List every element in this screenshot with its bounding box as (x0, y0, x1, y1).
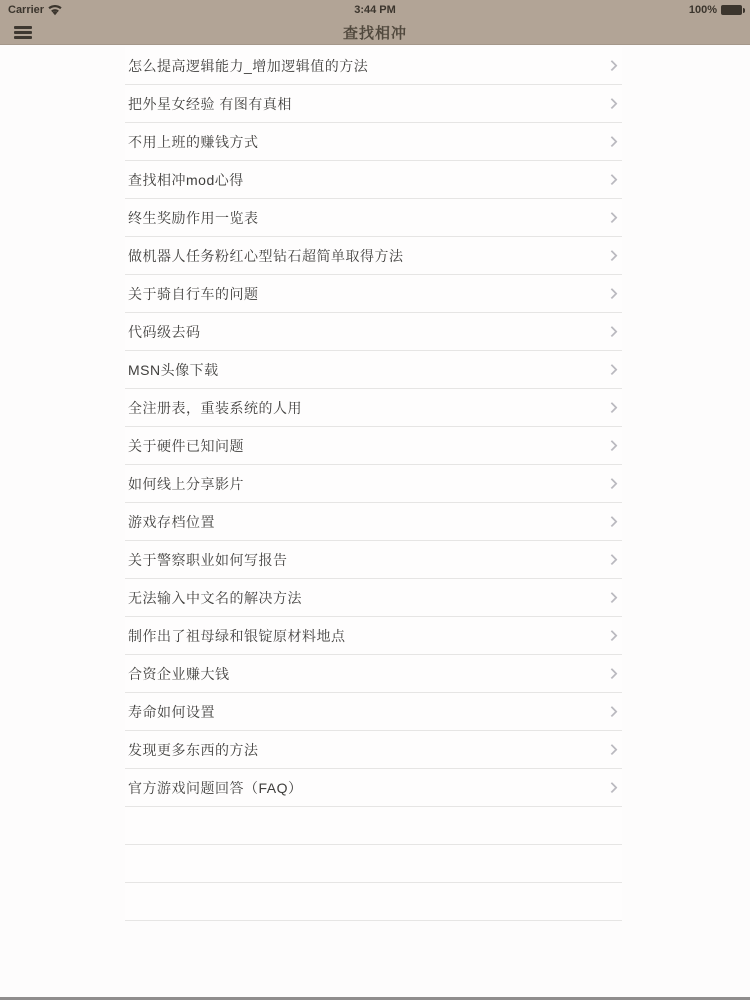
list-item-empty (125, 807, 622, 845)
status-left: Carrier (8, 4, 62, 16)
list-item[interactable]: 发现更多东西的方法 (125, 731, 622, 769)
list-item-label: 合资企业赚大钱 (128, 664, 230, 684)
status-center: 3:44 PM (0, 4, 750, 16)
app-screen: Carrier 3:44 PM 100% (0, 0, 750, 1000)
chevron-right-icon (606, 515, 617, 526)
chevron-right-icon (606, 591, 617, 602)
list-item[interactable]: 把外星女经验 有图有真相 (125, 85, 622, 123)
list-item[interactable]: 怎么提高逻辑能力_增加逻辑值的方法 (125, 47, 622, 85)
list-item-label: 游戏存档位置 (128, 512, 215, 532)
list-item[interactable]: 关于硬件已知问题 (125, 427, 622, 465)
list-item[interactable]: 全注册表，重装系统的人用 (125, 389, 622, 427)
chevron-right-icon (606, 781, 617, 792)
clock-label: 3:44 PM (354, 4, 396, 16)
chevron-right-icon (606, 401, 617, 412)
list-item-label: 终生奖励作用一览表 (128, 208, 259, 228)
list-item[interactable]: 关于骑自行车的问题 (125, 275, 622, 313)
chevron-right-icon (606, 325, 617, 336)
list-item-label: MSN头像下载 (128, 360, 219, 380)
nav-bar: 查找相冲 (0, 20, 750, 44)
article-list: 怎么提高逻辑能力_增加逻辑值的方法 把外星女经验 有图有真相 不用上班的赚钱方式… (125, 47, 622, 921)
chevron-right-icon (606, 363, 617, 374)
list-item[interactable]: 合资企业赚大钱 (125, 655, 622, 693)
list-item-label: 发现更多东西的方法 (128, 740, 259, 760)
list-item-label: 寿命如何设置 (128, 702, 215, 722)
chevron-right-icon (606, 173, 617, 184)
chevron-right-icon (606, 705, 617, 716)
chevron-right-icon (606, 135, 617, 146)
wifi-icon (48, 5, 62, 16)
page-title: 查找相冲 (343, 22, 407, 43)
chevron-right-icon (606, 743, 617, 754)
list-item-label: 把外星女经验 有图有真相 (128, 94, 292, 114)
list-item[interactable]: 官方游戏问题回答（FAQ） (125, 769, 622, 807)
chevron-right-icon (606, 477, 617, 488)
list-item[interactable]: 无法输入中文名的解决方法 (125, 579, 622, 617)
list-item[interactable]: 关于警察职业如何写报告 (125, 541, 622, 579)
list-item-label: 制作出了祖母绿和银锭原材料地点 (128, 626, 346, 646)
chevron-right-icon (606, 59, 617, 70)
chevron-right-icon (606, 287, 617, 298)
top-bar: Carrier 3:44 PM 100% (0, 0, 750, 45)
list-item-label: 如何线上分享影片 (128, 474, 244, 494)
list-item[interactable]: 查找相冲mod心得 (125, 161, 622, 199)
list-item[interactable]: 如何线上分享影片 (125, 465, 622, 503)
list-item-label: 全注册表，重装系统的人用 (128, 398, 302, 418)
list-item-label: 关于硬件已知问题 (128, 436, 244, 456)
hamburger-menu-icon (14, 24, 32, 41)
list-item[interactable]: MSN头像下载 (125, 351, 622, 389)
list-item[interactable]: 代码级去码 (125, 313, 622, 351)
battery-percent-label: 100% (689, 4, 717, 16)
content-area: 怎么提高逻辑能力_增加逻辑值的方法 把外星女经验 有图有真相 不用上班的赚钱方式… (0, 45, 750, 921)
carrier-label: Carrier (8, 4, 44, 16)
list-item-label: 代码级去码 (128, 322, 201, 342)
chevron-right-icon (606, 97, 617, 108)
menu-button[interactable] (14, 20, 32, 44)
list-item-label: 不用上班的赚钱方式 (128, 132, 259, 152)
chevron-right-icon (606, 249, 617, 260)
list-item-empty (125, 883, 622, 921)
list-item-label: 关于骑自行车的问题 (128, 284, 259, 304)
list-item-empty (125, 845, 622, 883)
chevron-right-icon (606, 667, 617, 678)
status-right: 100% (689, 4, 742, 16)
list-item-label: 官方游戏问题回答（FAQ） (128, 778, 303, 798)
list-item-label: 无法输入中文名的解决方法 (128, 588, 302, 608)
list-item[interactable]: 终生奖励作用一览表 (125, 199, 622, 237)
list-item[interactable]: 做机器人任务粉红心型钻石超简单取得方法 (125, 237, 622, 275)
list-item-label: 怎么提高逻辑能力_增加逻辑值的方法 (128, 56, 368, 76)
list-item-label: 做机器人任务粉红心型钻石超简单取得方法 (128, 246, 404, 266)
chevron-right-icon (606, 211, 617, 222)
list-item[interactable]: 游戏存档位置 (125, 503, 622, 541)
chevron-right-icon (606, 553, 617, 564)
list-item[interactable]: 寿命如何设置 (125, 693, 622, 731)
list-item-label: 关于警察职业如何写报告 (128, 550, 288, 570)
list-item[interactable]: 不用上班的赚钱方式 (125, 123, 622, 161)
status-bar: Carrier 3:44 PM 100% (0, 0, 750, 20)
battery-icon (721, 5, 742, 15)
chevron-right-icon (606, 629, 617, 640)
list-item-label: 查找相冲mod心得 (128, 170, 244, 190)
list-item[interactable]: 制作出了祖母绿和银锭原材料地点 (125, 617, 622, 655)
chevron-right-icon (606, 439, 617, 450)
